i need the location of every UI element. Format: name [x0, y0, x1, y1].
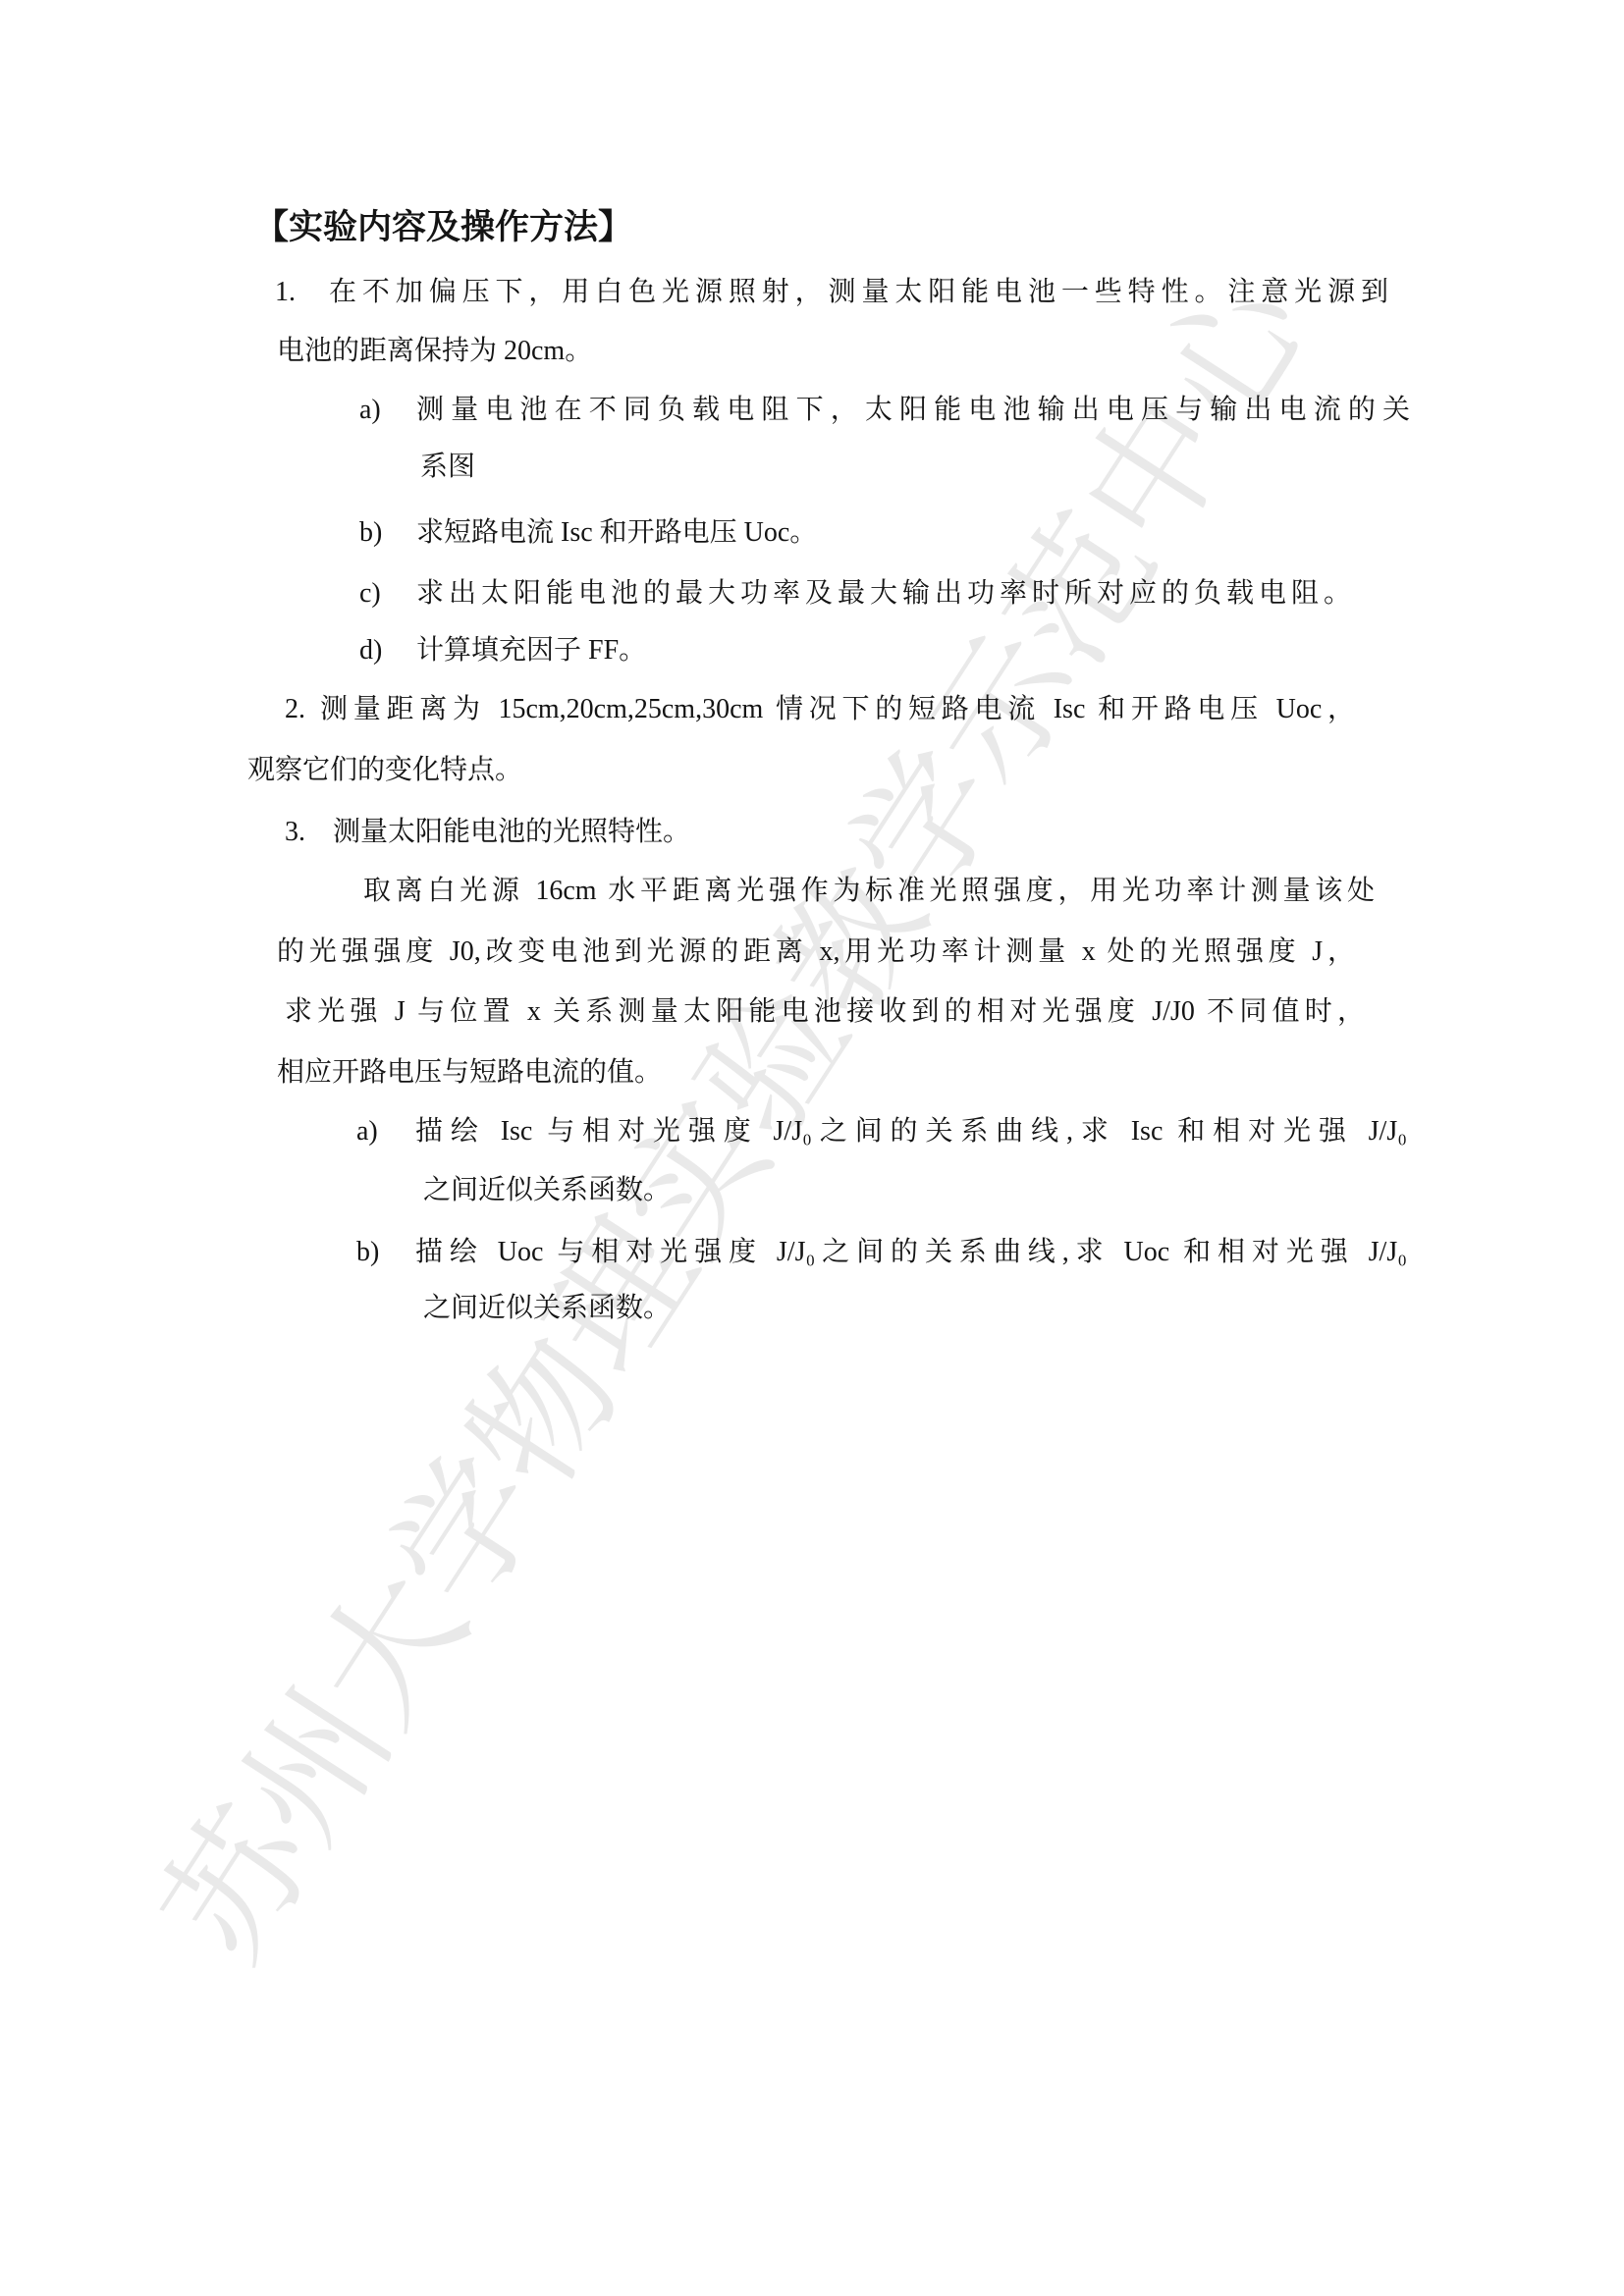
text-line: b) 求短路电流 Isc 和开路电压 Uoc。 [416, 516, 817, 550]
text-line: a) 描绘 Isc 与相对光强度 J/J₀之间的关系曲线,求 Isc 和相对光强… [415, 1115, 1407, 1148]
line-text: 测量距离为 15cm,20cm,25cm,30cm 情况下的短路电流 Isc 和… [320, 694, 1355, 724]
text-line: 求光强 J 与位置 x 关系测量太阳能电池接收到的相对光强度 J/J0 不同值时… [285, 995, 1365, 1029]
text-line: d) 计算填充因子 FF。 [416, 634, 646, 667]
text-line: c) 求出太阳能电池的最大功率及最大输出功率时所对应的负载电阻。 [416, 577, 1351, 611]
list-marker: 2. [285, 693, 305, 726]
text-line: 取离白光源 16cm 水平距离光强作为标准光照强度，用光功率计测量该处 [363, 875, 1375, 908]
list-marker: a) [359, 394, 381, 427]
list-marker: b) [359, 516, 382, 550]
list-marker: a) [356, 1115, 378, 1148]
line-text: 观察它们的变化特点。 [247, 755, 522, 785]
line-text: 的光强强度 J0,改变电池到光源的距离 x,用光功率计测量 x 处的光照强度 J… [277, 936, 1355, 967]
text-line: 系图 [420, 451, 475, 484]
line-text: 之间近似关系函数。 [423, 1175, 671, 1205]
text-line: b) 描绘 Uoc 与相对光强度 J/J₀之间的关系曲线,求 Uoc 和相对光强… [415, 1236, 1407, 1269]
line-text: 之间近似关系函数。 [423, 1293, 671, 1323]
text-line: 之间近似关系函数。 [423, 1292, 671, 1325]
line-text: 计算填充因子 FF。 [416, 635, 646, 666]
line-text: 描绘 Isc 与相对光强度 J/J₀之间的关系曲线,求 Isc 和相对光强 J/… [415, 1116, 1407, 1147]
line-text: 求出太阳能电池的最大功率及最大输出功率时所对应的负载电阻。 [416, 578, 1351, 609]
text-line: 观察它们的变化特点。 [247, 754, 522, 787]
line-text: 描绘 Uoc 与相对光强度 J/J₀之间的关系曲线,求 Uoc 和相对光强 J/… [415, 1237, 1407, 1267]
text-line: 的光强强度 J0,改变电池到光源的距离 x,用光功率计测量 x 处的光照强度 J… [277, 935, 1355, 969]
line-text: 系图 [420, 452, 475, 482]
line-text: 测量电池在不同负载电阻下，太阳能电池输出电压与输出电流的关 [416, 395, 1410, 425]
line-text: 取离白光源 16cm 水平距离光强作为标准光照强度，用光功率计测量该处 [363, 876, 1375, 906]
text-line: 电池的距离保持为 20cm。 [277, 335, 592, 368]
list-marker: b) [356, 1236, 379, 1269]
line-text: 测量太阳能电池的光照特性。 [333, 817, 690, 847]
text-line: 3. 测量太阳能电池的光照特性。 [333, 816, 690, 849]
list-marker: d) [359, 634, 382, 667]
text-line: 1. 在不加偏压下，用白色光源照射，测量太阳能电池一些特性。注意光源到 [329, 276, 1388, 309]
text-line: a) 测量电池在不同负载电阻下，太阳能电池输出电压与输出电流的关 [416, 394, 1410, 427]
text-line: 相应开路电压与短路电流的值。 [277, 1056, 662, 1090]
line-text: 电池的距离保持为 20cm。 [277, 336, 592, 366]
line-text: 相应开路电压与短路电流的值。 [277, 1057, 662, 1088]
document-page: 苏州大学物理实验教学示范中心 【实验内容及操作方法】 1. 在不加偏压下，用白色… [0, 0, 1624, 2296]
line-text: 在不加偏压下，用白色光源照射，测量太阳能电池一些特性。注意光源到 [329, 277, 1388, 307]
text-line: 2. 测量距离为 15cm,20cm,25cm,30cm 情况下的短路电流 Is… [320, 693, 1355, 726]
list-marker: 3. [285, 816, 305, 849]
section-title: 【实验内容及操作方法】 [254, 208, 632, 247]
line-text: 求光强 J 与位置 x 关系测量太阳能电池接收到的相对光强度 J/J0 不同值时… [285, 996, 1365, 1027]
line-text: 求短路电流 Isc 和开路电压 Uoc。 [416, 517, 817, 548]
list-marker: c) [359, 577, 381, 611]
list-marker: 1. [275, 276, 296, 309]
text-line: 之间近似关系函数。 [423, 1174, 671, 1207]
